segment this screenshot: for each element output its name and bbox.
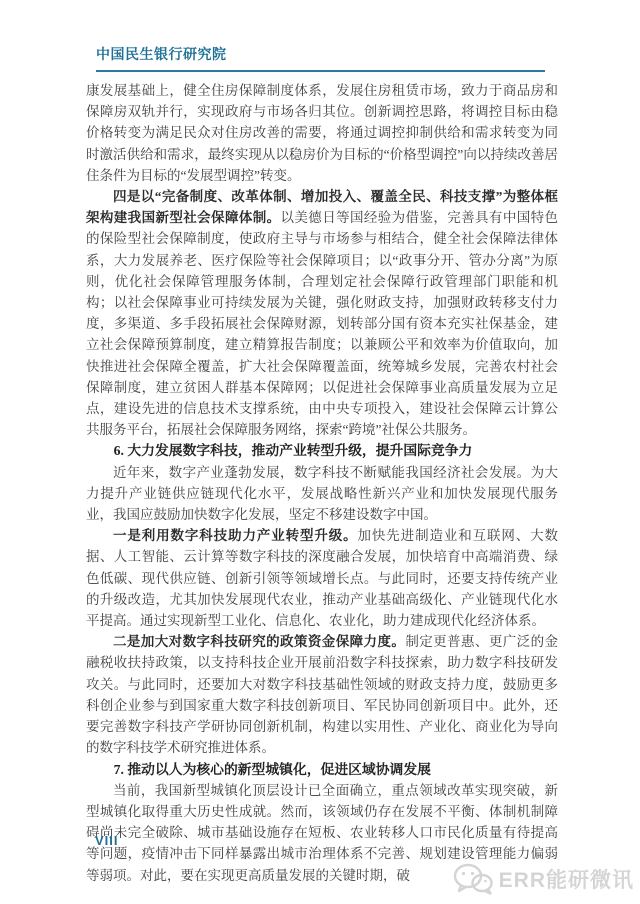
header-brand: 中国民生银行研究院 bbox=[96, 46, 227, 62]
page-header: 中国民生银行研究院 bbox=[96, 44, 545, 72]
watermark: ERR能研微讯 bbox=[453, 862, 634, 896]
document-page: 中国民生银行研究院 康发展基础上，健全住房保障制度体系，发展住房租赁市场，致力于… bbox=[0, 0, 640, 904]
document-body: 康发展基础上，健全住房保障制度体系，发展住房租赁市场，致力于商品房和保障房双轨并… bbox=[86, 80, 558, 886]
paragraph-text: 以美德日等国经验为借鉴，完善具有中国特色的保险型社会保障制度，使政府主导与市场参… bbox=[86, 210, 558, 437]
paragraph-lead-bold: 一是利用数字科技助力产业转型升级。 bbox=[113, 528, 358, 543]
page-number: VIII bbox=[95, 833, 119, 848]
paragraph: 康发展基础上，健全住房保障制度体系，发展住房租赁市场，致力于商品房和保障房双轨并… bbox=[86, 80, 558, 186]
section-heading-7: 7. 推动以人为核心的新型城镇化，促进区域协调发展 bbox=[86, 759, 558, 780]
paragraph: 近年来，数字产业蓬勃发展，数字科技不断赋能我国经济社会发展。为大力提升产业链供应… bbox=[86, 462, 558, 526]
paragraph: 二是加大对数字科技研究的政策资金保障力度。制定更普惠、更广泛的金融税收扶持政策，… bbox=[86, 631, 558, 758]
wechat-icon bbox=[453, 862, 493, 896]
paragraph: 一是利用数字科技助力产业转型升级。加快先进制造业和互联网、大数据、人工智能、云计… bbox=[86, 525, 558, 631]
paragraph-lead-bold: 二是加大对数字科技研究的政策资金保障力度。 bbox=[113, 634, 405, 649]
paragraph: 四是以“完备制度、改革体制、增加投入、覆盖全民、科技支撑”为整体框架构建我国新型… bbox=[86, 186, 558, 440]
section-heading-6: 6. 大力发展数字科技，推动产业转型升级，提升国际竞争力 bbox=[86, 440, 558, 461]
paragraph-text: 制定更普惠、更广泛的金融税收扶持政策，以支持科技企业开展前沿数字科技探索，助力数… bbox=[86, 634, 558, 755]
watermark-label: ERR能研微讯 bbox=[499, 864, 634, 894]
